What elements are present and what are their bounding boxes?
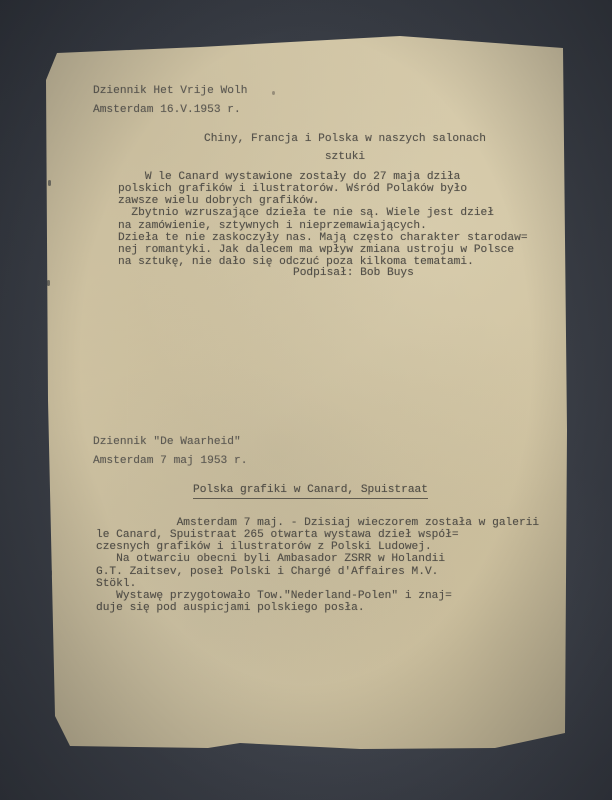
article2-dateline: Amsterdam 7 maj 1953 r. [93,452,247,471]
article2-body-line: le Canard, Spuistraat 265 otwarta wystaw… [96,529,539,541]
article2-body-line: Amsterdam 7 maj. - Dzisiaj wieczorem zos… [96,517,539,529]
article1-body-line: nej romantyki. Jak dalecem ma wpływ zmia… [118,244,528,256]
article1-body-line: W le Canard wystawione zostały do 27 maj… [118,171,528,183]
article2-body-line: Stökl. [96,578,539,590]
article1-source-name: Dziennik Het Vrije Wolh [93,82,247,101]
paper-edge-speck [49,570,52,576]
article1-body-line: zawsze wielu dobrych grafików. [118,195,528,207]
article1-title: Chiny, Francja i Polska w naszych salona… [190,130,500,166]
article1-signature: Podpisał: Bob Buys [293,267,414,279]
paper-edge-speck [48,180,51,186]
article2-heading: Polska grafiki w Canard, Spuistraat [193,484,428,499]
article2-body-line: Na otwarciu obecni byli Ambasador ZSRR w… [96,553,539,565]
article1-body-line: Dzieła te nie zaskoczyły nas. Mają częst… [118,232,528,244]
article2-body-line: duje się pod auspicjami polskiego posła. [96,602,539,614]
article1-body-line: na zamówienie, sztywnych i nieprzemawiaj… [118,220,528,232]
article2-source-block: Dziennik "De Waarheid" Amsterdam 7 maj 1… [93,433,247,471]
article1-body: W le Canard wystawione zostały do 27 maj… [118,171,528,268]
article1-title-line1: Chiny, Francja i Polska w naszych salona… [190,130,500,148]
article2-heading-block: Polska grafiki w Canard, Spuistraat [193,479,428,499]
article2-source-name: Dziennik "De Waarheid" [93,433,247,452]
article1-title-line2: sztuki [190,148,500,166]
article1-dateline: Amsterdam 16.V.1953 r. [93,101,247,120]
document-page: Dziennik Het Vrije Wolh Amsterdam 16.V.1… [40,30,572,756]
article1-body-line: polskich grafików i ilustratorów. Wśród … [118,183,528,195]
ink-speck [272,91,275,95]
article2-body-line: G.T. Zaitsev, poseł Polski i Chargé d'Af… [96,566,539,578]
paper-edge-speck [47,280,50,286]
article2-body-line: Wystawę przygotowało Tow."Nederland-Pole… [96,590,539,602]
article2-body-line: czesnych grafików i ilustratorów z Polsk… [96,541,539,553]
article1-source-block: Dziennik Het Vrije Wolh Amsterdam 16.V.1… [93,82,247,120]
article1-body-line: Zbytnio wzruszające dzieła te nie są. Wi… [118,207,528,219]
scan-backdrop: Dziennik Het Vrije Wolh Amsterdam 16.V.1… [0,0,612,800]
article2-body: Amsterdam 7 maj. - Dzisiaj wieczorem zos… [96,517,539,614]
